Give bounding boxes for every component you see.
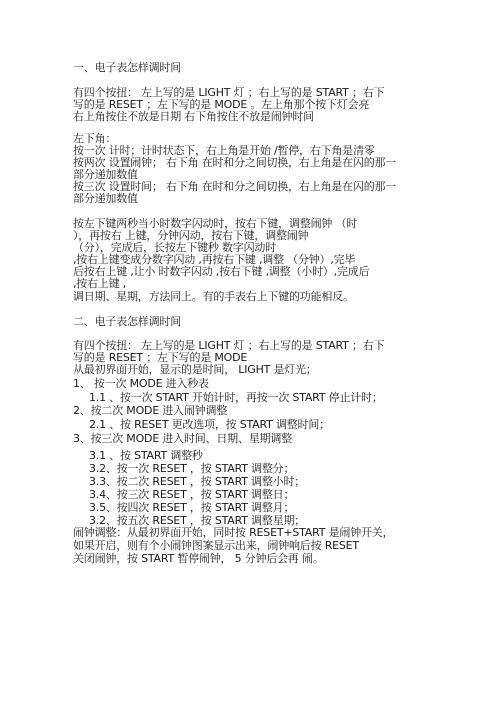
step-line: 3.2、按一次 RESET ，按 START 调整分；: [89, 462, 294, 475]
step-line: 3.1 、按 START 调整秒: [89, 449, 203, 462]
step-line: 3.4、按三次 RESET ，按 START 调整日；: [89, 488, 294, 501]
paragraph-line: 关闭闹钟，按 START 暂停闹钟， 5 分钟后会再 闹。: [73, 552, 324, 565]
paragraph-line: 部分递加数值: [73, 192, 138, 205]
step-line: 2、按二次 MODE 进入闹钟调整: [73, 404, 227, 417]
step-line: 3、按三次 MODE 进入时间、日期、星期调整: [73, 432, 292, 445]
step-line: 3.5、按四次 RESET ，按 START 调整月；: [89, 501, 294, 514]
step-line: 1、 按一次 MODE 进入秒表: [73, 377, 209, 390]
section-heading: 二、电子表怎样调时间: [73, 315, 181, 328]
step-line: 1.1 、按一次 START 开始计时，再按一次 START 停止计时；: [89, 391, 383, 404]
paragraph-line: 右上角按住不放是日期 右下角按住不放是闹钟时间: [73, 110, 314, 123]
step-line: 2.1 、按 RESET 更改选项，按 START 调整时间；: [89, 418, 330, 431]
paragraph-line: 从最初界面开始，显示的是时间， LIGHT 是灯光；: [73, 363, 317, 376]
paragraph-line: ,按右上键 ,: [73, 277, 126, 290]
paragraph-line: 调日期、星期，方法同上。有的手表右上下键的功能相反。: [73, 290, 354, 303]
paragraph-line: 如果开启，则有个小闹钟图案显示出来，闹钟响后按 RESET: [73, 539, 359, 552]
section-heading: 一、电子表怎样调时间: [73, 61, 181, 74]
step-line: 3.3、按二次 RESET ，按 START 调整小时；: [89, 475, 305, 488]
paragraph-line: 闹钟调整：从最初界面开始，同时按 RESET+START 是闹钟开关，: [73, 526, 393, 539]
